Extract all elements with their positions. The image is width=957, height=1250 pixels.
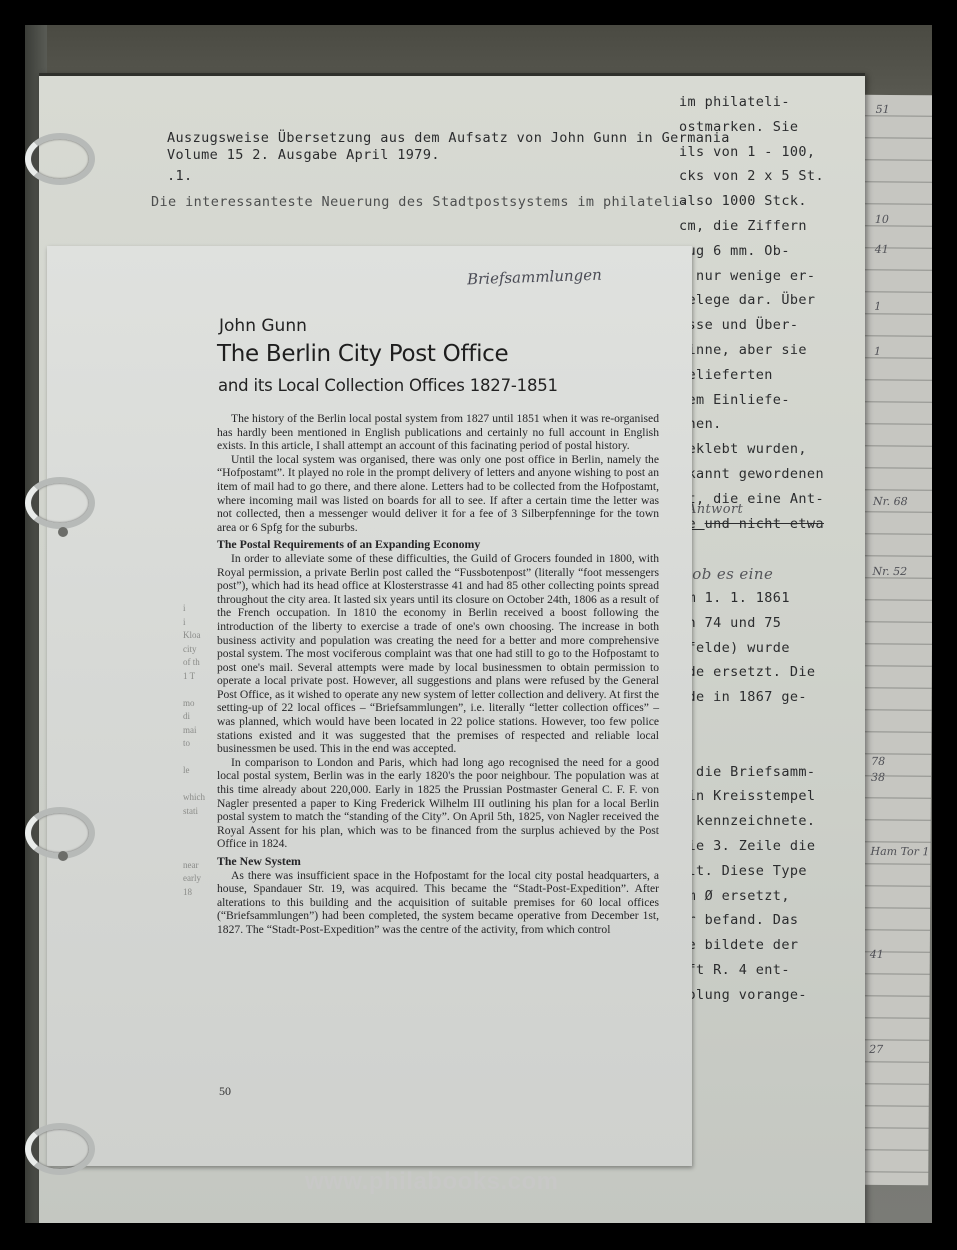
handwritten-note: s ob es eine (679, 565, 773, 583)
margin-fragment (183, 899, 217, 913)
watermark: www.philabooks.com (305, 1168, 558, 1196)
margin-fragment: 18 (183, 886, 217, 900)
translation-line: die 3. Zeile die (679, 838, 815, 854)
translation-line: d nur wenige er- (679, 268, 815, 284)
handwritten-correction: Antwort (687, 502, 743, 517)
margin-fragment (183, 683, 217, 697)
margin-fragment: Kloa (183, 629, 217, 643)
margin-fragment: i (183, 602, 217, 616)
article-clipping: Briefsammlungen John Gunn The Berlin Cit… (47, 246, 692, 1166)
margin-fragment (183, 832, 217, 846)
translation-line: Sinne, aber sie (679, 342, 807, 358)
ledger-note: 1 (874, 300, 881, 313)
margin-fragment (183, 818, 217, 832)
struck-through-text: und nicht etwa (705, 516, 824, 532)
ledger-note: 41 (870, 948, 884, 961)
translation-line: isse und Über- (679, 317, 798, 333)
page-marker: .1. (167, 168, 193, 184)
margin-fragment: di (183, 710, 217, 724)
translation-line: me bildete der (679, 937, 798, 953)
margin-fragment: mai (183, 724, 217, 738)
margin-fragment: of th (183, 656, 217, 670)
translation-line: rug 6 mm. Ob- (679, 243, 790, 259)
ledger-note: 51 (876, 103, 890, 116)
translation-header: Auszugsweise Übersetzung aus dem Aufsatz… (167, 130, 730, 164)
translation-line: holung vorange- (679, 987, 807, 1003)
article-paragraph: As there was insufficient space in the H… (217, 869, 659, 937)
translation-line: sfelde) wurde (679, 640, 790, 656)
margin-fragment: i (183, 616, 217, 630)
ledger-note: 41 (875, 243, 889, 256)
translation-line: rde in 1867 ge- (679, 689, 807, 705)
obscured-line: Die interessanteste Neuerung des Stadtpo… (151, 194, 711, 210)
corrected-line: se und nicht etwa (679, 516, 824, 532)
ledger-note: Nr. 68 (873, 495, 908, 508)
ledger-note: Ham Tor 1 (870, 845, 929, 858)
ledger-note: 10 (875, 213, 889, 226)
translation-line: mm Ø ersetzt, (679, 888, 790, 904)
margin-fragment: which (183, 791, 217, 805)
ledger-note: Nr. 52 (872, 565, 907, 578)
header-line-1: Auszugsweise Übersetzung aus dem Aufsatz… (167, 130, 730, 147)
translation-line: en 74 und 75 (679, 615, 781, 631)
article-paragraph: Until the local system was organised, th… (217, 453, 659, 535)
translation-line: ils von 1 - 100, (679, 144, 815, 160)
handwritten-label: Briefsammlungen (467, 266, 602, 289)
punch-hole (58, 851, 68, 861)
photo-frame: 51104111Nr. 68Nr. 527838Ham Tor 14127 Au… (25, 25, 932, 1223)
article-paragraph: In comparison to London and Paris, which… (217, 756, 659, 851)
article-author: John Gunn (219, 316, 307, 336)
translation-line: ostmarken. Sie (679, 119, 798, 135)
translation-line: dem Einliefe- (679, 392, 790, 408)
binder-ring-icon (25, 1123, 95, 1175)
margin-fragment (183, 845, 217, 859)
translation-line: elt. Diese Type (679, 863, 807, 879)
ledger-note: 38 (871, 771, 885, 784)
margin-fragment: near (183, 859, 217, 873)
article-page-number: 50 (219, 1084, 231, 1099)
bleed-through-margin: iiKloacityof th1 T modimaito le whichsta… (183, 602, 217, 913)
translation-line: ein Kreisstempel (679, 788, 815, 804)
translation-line: cm, die Ziffern (679, 218, 807, 234)
translation-line: am 1. 1. 1861 (679, 590, 790, 606)
translation-line: ift R. 4 ent- (679, 962, 790, 978)
margin-fragment: city (183, 643, 217, 657)
translation-line: er befand. Das (679, 912, 798, 928)
margin-fragment (183, 751, 217, 765)
section-heading: The Postal Requirements of an Expanding … (217, 538, 659, 552)
article-paragraph: In order to alleviate some of these diff… (217, 552, 659, 756)
margin-fragment: early (183, 872, 217, 886)
margin-fragment: mo (183, 697, 217, 711)
ledger-note: 27 (869, 1043, 883, 1056)
section-heading: The New System (217, 855, 659, 869)
translation-line: lde ersetzt. Die (679, 664, 815, 680)
translation-line: im philateli- (679, 94, 790, 110)
translation-line: geklebt wurden, (679, 441, 807, 457)
article-title: The Berlin City Post Office (217, 341, 508, 367)
translation-line: cks von 2 x 5 St. (679, 168, 824, 184)
margin-fragment: stati (183, 805, 217, 819)
back-ledger-page: 51104111Nr. 68Nr. 527838Ham Tor 14127 (856, 95, 932, 1185)
margin-fragment: le (183, 764, 217, 778)
binder-ring-icon (25, 477, 95, 529)
typed-translation-sheet: Auszugsweise Übersetzung aus dem Aufsatz… (39, 73, 865, 1223)
margin-fragment: 1 T (183, 670, 217, 684)
article-paragraph: The history of the Berlin local postal s… (217, 412, 659, 453)
translation-line: g kennzeichnete. (679, 813, 815, 829)
binder-ring-icon (25, 133, 95, 185)
margin-fragment (183, 778, 217, 792)
header-line-2: Volume 15 2. Ausgabe April 1979. (167, 147, 730, 164)
translation-line: gelieferten (679, 367, 773, 383)
punch-hole (58, 527, 68, 537)
translation-line: ekannt gewordenen (679, 466, 824, 482)
margin-fragment: to (183, 737, 217, 751)
translation-line: Belege dar. Über (679, 292, 815, 308)
ledger-note: 1 (874, 345, 881, 358)
translation-line: also 1000 Stck. (679, 193, 807, 209)
ledger-note: 78 (871, 755, 885, 768)
translation-line: n die Briefsamm- (679, 764, 815, 780)
article-body: The history of the Berlin local postal s… (217, 412, 659, 937)
article-subtitle: and its Local Collection Offices 1827-18… (218, 376, 558, 395)
